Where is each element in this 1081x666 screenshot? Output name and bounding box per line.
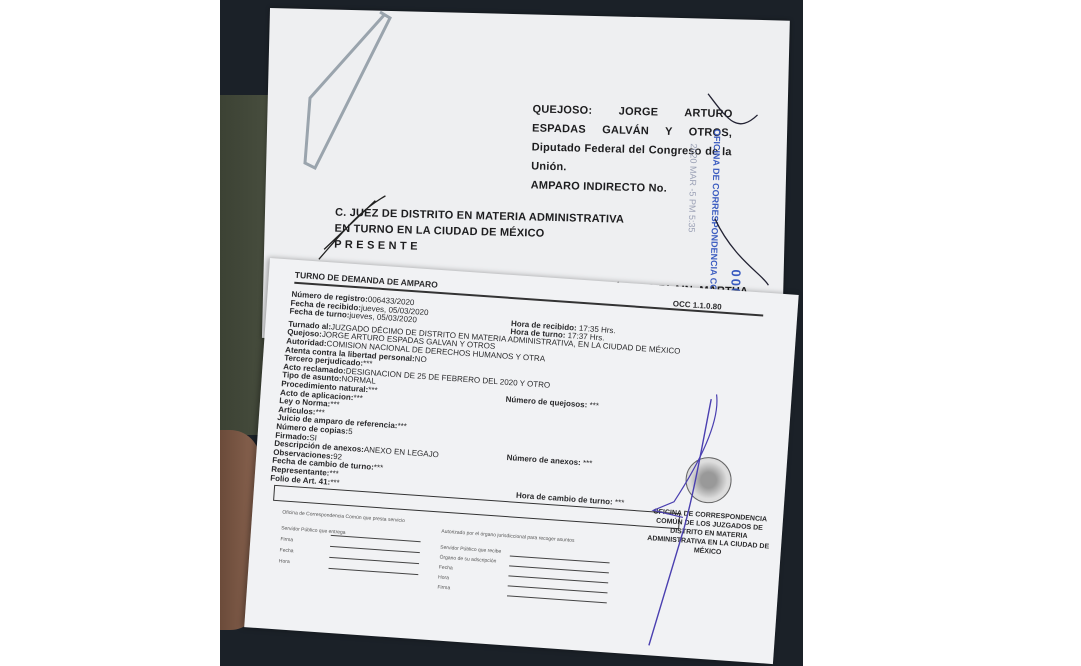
signature-icon (244, 258, 799, 664)
paperclip-icon (300, 8, 400, 178)
document-photo: QUEJOSO: JORGE ARTURO ESPADAS GALVÁN Y O… (220, 0, 803, 666)
turno-form: TURNO DE DEMANDA DE AMPARO OCC 1.1.0.80 … (244, 258, 799, 664)
